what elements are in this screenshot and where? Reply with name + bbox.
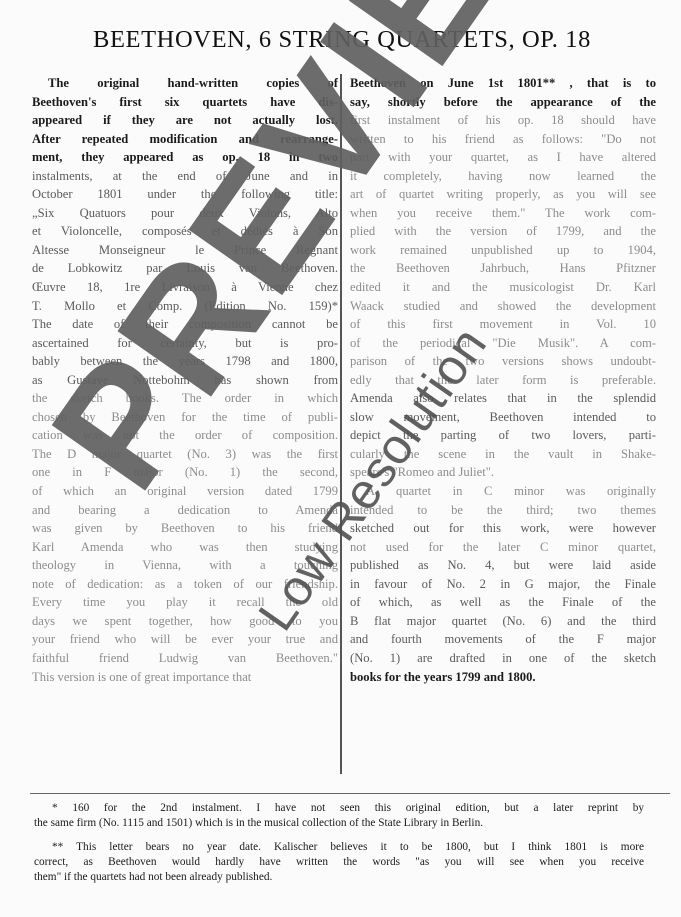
text-line: theology in Vienna, with a touching [32, 556, 338, 575]
footnote-line: * 160 for the 2nd instalment. I have not… [34, 801, 644, 816]
text-line: The original hand-written copies of [32, 74, 338, 93]
text-line: of which, as well as the Finale of the [350, 593, 656, 612]
page-title: BEETHOVEN, 6 STRING QUARTETS, OP. 18 [24, 26, 660, 54]
text-line: Œuvre 18, 1re Livraison à Vienne chez [32, 278, 338, 297]
text-line: your friend who will be ever your true a… [32, 630, 338, 649]
text-line: published as No. 4, but were laid aside [350, 556, 656, 575]
text-line: Beethoven on June 1st 1801** , that is t… [350, 74, 656, 93]
text-line: plied with the version of 1799, and the [350, 222, 656, 241]
footnote-line: them" if the quartets had not been alrea… [34, 870, 644, 885]
footnote-line: correct, as Beethoven would hardly have … [34, 855, 644, 870]
text-line: October 1801 under the following title: [32, 185, 338, 204]
text-line: it completely, having now learned the [350, 167, 656, 186]
text-line: The date of their composition cannot be [32, 315, 338, 334]
text-line: ascertained for certainty, but is pro- [32, 334, 338, 353]
text-line: bably between the years 1798 and 1800, [32, 352, 338, 371]
text-line: speare's "Romeo and Juliet". [350, 463, 656, 482]
text-line: Altesse Monseigneur le Prince Regnant [32, 241, 338, 260]
text-line: cularly the scene in the vault in Shake- [350, 445, 656, 464]
footnotes: * 160 for the 2nd instalment. I have not… [34, 801, 644, 894]
text-line: Every time you play it recall the old [32, 593, 338, 612]
text-line: „Six Quatuors pour deux Violons, Alto [32, 204, 338, 223]
text-line: was given by Beethoven to his friend [32, 519, 338, 538]
text-line: Waack studied and showed the development [350, 297, 656, 316]
text-line: one in F major (No. 1) the second, [32, 463, 338, 482]
text-line: B flat major quartet (No. 6) and the thi… [350, 612, 656, 631]
text-line: as Gustave Nottebohm has shown from [32, 371, 338, 390]
text-line: After repeated modification and rearrang… [32, 130, 338, 149]
text-line: of the periodical "Die Musik". A com- [350, 334, 656, 353]
text-line: edited it and the musicologist Dr. Karl [350, 278, 656, 297]
text-line: cation was not the order of composition. [32, 426, 338, 445]
text-line: (No. 1) are drafted in one of the sketch [350, 649, 656, 668]
text-line: T. Mollo et Comp. (Edition No. 159)* [32, 297, 338, 316]
text-line: written to his friend as follows: "Do no… [350, 130, 656, 149]
text-line: part with your quartet, as I have altere… [350, 148, 656, 167]
text-line: in favour of No. 2 in G major, the Final… [350, 575, 656, 594]
text-line: books for the years 1799 and 1800. [350, 668, 656, 687]
text-line: of this first movement in Vol. 10 [350, 315, 656, 334]
footnote: * 160 for the 2nd instalment. I have not… [34, 801, 644, 831]
text-line: edly that the later form is preferable. [350, 371, 656, 390]
scanned-page: BEETHOVEN, 6 STRING QUARTETS, OP. 18 The… [0, 0, 681, 917]
left-column: The original hand-written copies ofBeeth… [32, 74, 338, 686]
text-line: the Beethoven Jahrbuch, Hans Pfitzner [350, 259, 656, 278]
text-line: A quartet in C minor was originally [350, 482, 656, 501]
text-line: and fourth movements of the F major [350, 630, 656, 649]
text-line: Karl Amenda who was then studying [32, 538, 338, 557]
text-line: depict the parting of two lovers, parti- [350, 426, 656, 445]
column-divider [340, 74, 342, 774]
text-line: Amenda also relates that in the splendid [350, 389, 656, 408]
text-line: and bearing a dedication to Amenda [32, 501, 338, 520]
footnote-line: ** This letter bears no year date. Kalis… [34, 840, 644, 855]
text-line: et Violoncelle, composés et dédiés à Son [32, 222, 338, 241]
text-line: chosen by Beethoven for the time of publ… [32, 408, 338, 427]
text-line: sketched out for this work, were however [350, 519, 656, 538]
text-line: Beethoven's first six quartets have dis- [32, 93, 338, 112]
footnote-line: the same firm (No. 1115 and 1501) which … [34, 816, 644, 831]
text-line: the sketch books. The order in which [32, 389, 338, 408]
text-line: say, shortly before the appearance of th… [350, 93, 656, 112]
text-line: art of quartet writing properly, as you … [350, 185, 656, 204]
text-line: de Lobkowitz par Louis van Beethoven. [32, 259, 338, 278]
right-column: Beethoven on June 1st 1801** , that is t… [350, 74, 656, 686]
footnote: ** This letter bears no year date. Kalis… [34, 840, 644, 885]
text-line: days we spent together, how good to you [32, 612, 338, 631]
text-line: parison of the two versions shows undoub… [350, 352, 656, 371]
text-line: faithful friend Ludwig van Beethoven." [32, 649, 338, 668]
text-line: The D major quartet (No. 3) was the firs… [32, 445, 338, 464]
text-line: intended to be the third; two themes [350, 501, 656, 520]
text-line: note of dedication: as a token of our fr… [32, 575, 338, 594]
text-line: first instalment of his op. 18 should ha… [350, 111, 656, 130]
text-line: work remained unpublished up to 1904, [350, 241, 656, 260]
footnote-rule [30, 793, 670, 794]
text-line: appeared if they are not actually lost. [32, 111, 338, 130]
text-line: This version is one of great importance … [32, 668, 338, 687]
text-line: ment, they appeared as op. 18 in two [32, 148, 338, 167]
text-line: of which an original version dated 1799 [32, 482, 338, 501]
text-line: slow movement, Beethoven intended to [350, 408, 656, 427]
text-line: when you receive them." The work com- [350, 204, 656, 223]
text-line: instalments, at the end of June and in [32, 167, 338, 186]
text-line: not used for the later C minor quartet, [350, 538, 656, 557]
